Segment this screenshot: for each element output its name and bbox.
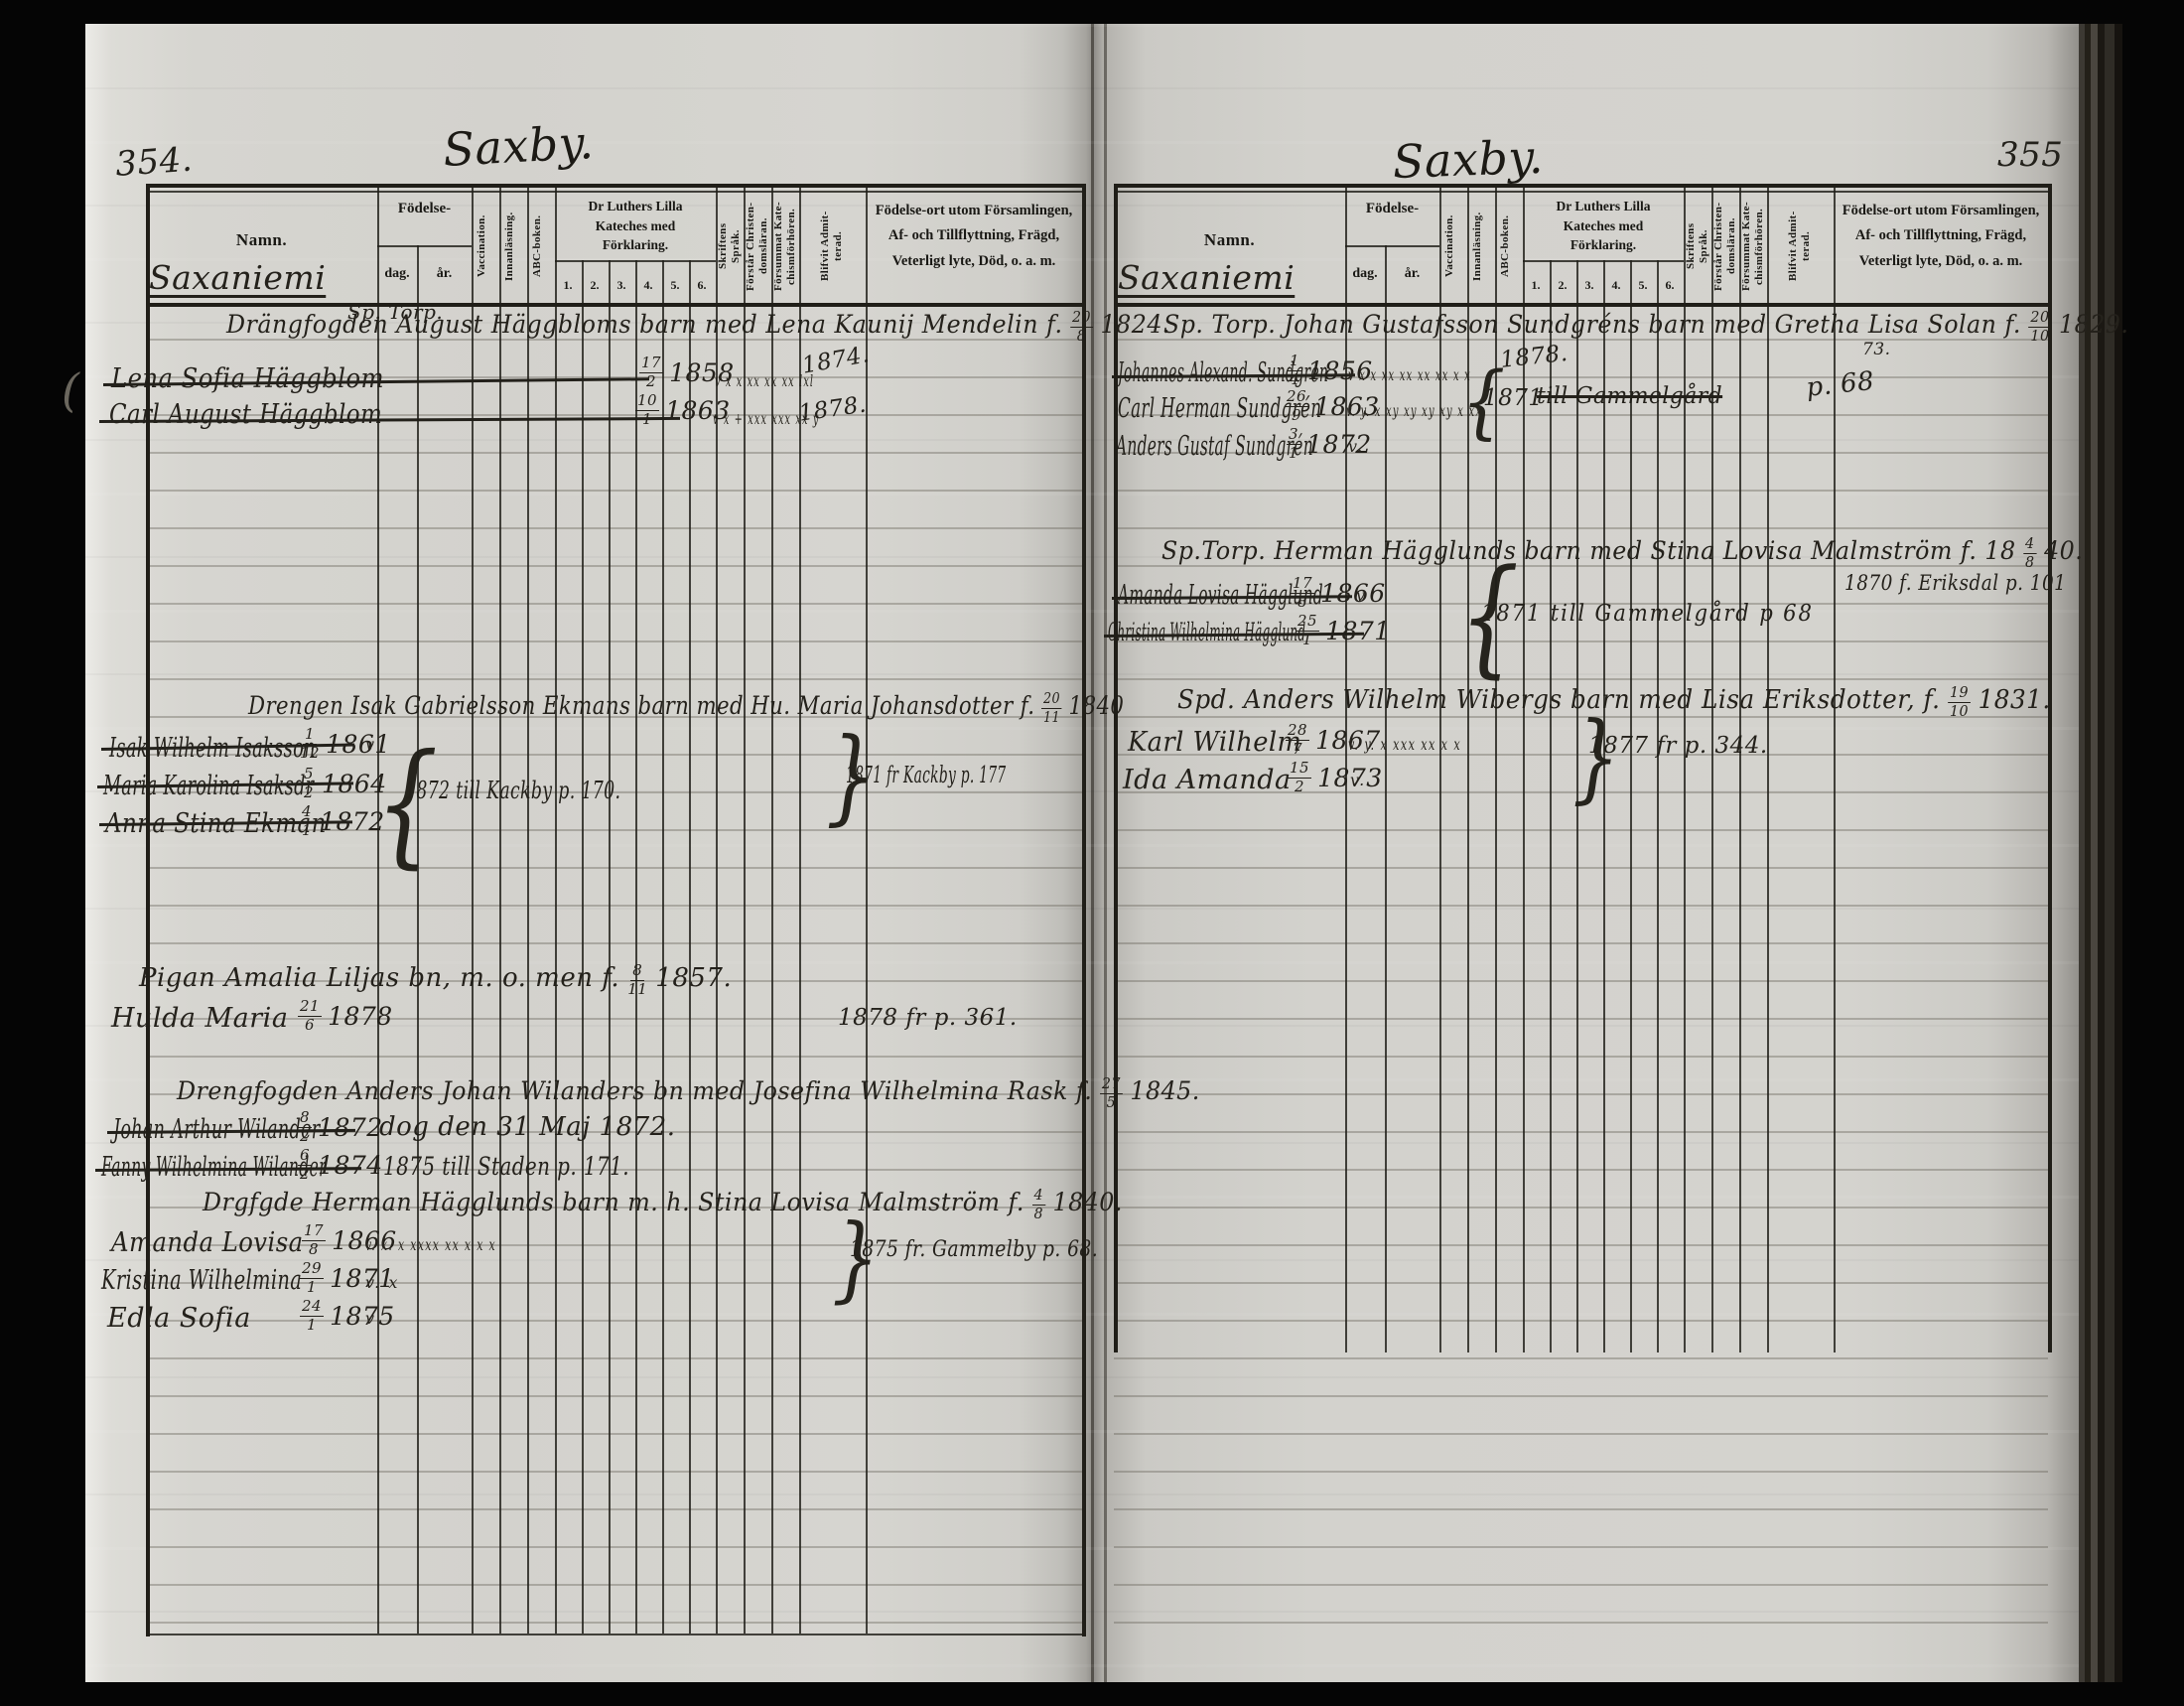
header-col-katekes: Dr Luthers Lilla Kateches med Förklaring… — [555, 197, 716, 255]
exam-marks: v. — [1348, 437, 1364, 456]
exam-marks: v — [1356, 586, 1367, 605]
row-divider — [1114, 184, 2048, 188]
migration-note: 1871 fr Kackby p. 177 — [846, 763, 1006, 788]
row-divider — [1523, 260, 1684, 262]
header-col-forsummat-katechismforhoren: Försummat Kate- chismförhören. — [1740, 191, 1766, 302]
header-col-forstar-christendomslaran: Förstår Christen- domsläran. — [745, 191, 770, 302]
row-divider — [146, 1634, 1082, 1635]
column-divider — [1657, 260, 1659, 1352]
entry-name: Edla Sofia — [107, 1303, 251, 1334]
column-divider — [744, 187, 746, 1634]
family-heading: Pigan Amalia Liljas bn, m. o. men f. 811… — [139, 963, 732, 998]
exam-marks: v x x xx xx xx xx x x — [1348, 365, 1471, 384]
birth-date: 82 1872 — [298, 1110, 383, 1145]
column-divider — [1345, 187, 1347, 1352]
column-divider — [689, 260, 691, 1634]
column-divider — [1523, 187, 1525, 1352]
header-col-ar: år. — [417, 266, 472, 282]
header-katekes-6: 6. — [693, 278, 711, 293]
margin-mark: ( — [62, 363, 79, 417]
header-col-blifvit-admitterad: Blifvit Admit- terad. — [1787, 191, 1813, 302]
page-title-left: Saxby. — [442, 115, 595, 177]
column-divider — [1550, 260, 1552, 1352]
header-col-fodelse: Födelse- — [377, 201, 472, 217]
column-divider — [1711, 187, 1713, 1352]
entry-name: Amanda Lovisa — [111, 1227, 304, 1258]
column-divider — [1684, 187, 1686, 1352]
exam-marks: v. y. x xxx xx x x — [1348, 735, 1461, 754]
header-col-katekes: Dr Luthers Lilla Kateches med Förklaring… — [1523, 197, 1684, 255]
column-divider — [1767, 187, 1769, 1352]
header-col-fodelseort: Födelse-ort utom Församlingen, Af- och T… — [866, 199, 1082, 274]
migration-note: 1875 till Staden p. 171. — [383, 1152, 629, 1181]
column-divider — [499, 187, 501, 1634]
entry-name: Carl August Häggblom — [109, 399, 382, 430]
migration-note: 1871 — [1483, 385, 1544, 411]
page-number-left: 354. — [114, 140, 194, 185]
header-col-fodelse: Födelse- — [1345, 201, 1439, 217]
migration-note: 1872 till Kackby p. 170. — [405, 777, 620, 804]
column-divider — [1576, 260, 1578, 1352]
column-divider — [1495, 187, 1497, 1352]
header-col-ar: år. — [1385, 266, 1439, 282]
book-fold-line — [1104, 24, 1107, 1682]
entry-name: Anders Gustaf Sundgrén — [1116, 431, 1313, 462]
header-katekes-2: 2. — [586, 278, 604, 293]
header-col-fodelseort: Födelse-ort utom Församlingen, Af- och T… — [1834, 199, 2048, 274]
header-col-forstar-christendomslaran: Förstår Christen- domsläran. — [1712, 191, 1738, 302]
birth-date: 241 1875 — [300, 1299, 395, 1334]
birth-date: 152 1873 — [1288, 761, 1383, 795]
exam-marks: v — [365, 1309, 376, 1328]
header-col-innanlasning: Innanläsning. — [503, 191, 516, 302]
birth-date: 178 1866 — [1291, 576, 1386, 611]
column-divider — [2048, 184, 2052, 1352]
scanned-book-spread: 354. Saxby. Namn. Födelse- dag. år. Vacc… — [0, 0, 2184, 1706]
family-heading: Drängfogden August Häggbloms barn med Le… — [226, 310, 1170, 345]
header-katekes-4: 4. — [639, 278, 657, 293]
column-divider — [799, 187, 801, 1634]
birth-date: 251 1871 — [1296, 614, 1391, 648]
exam-marks: v. — [1350, 771, 1366, 789]
row-divider — [377, 245, 472, 247]
book-fold-line — [1091, 24, 1094, 1682]
column-divider — [1467, 187, 1469, 1352]
row-divider — [1114, 303, 2048, 307]
column-divider — [866, 187, 868, 1634]
header-col-vaccination: Vaccination. — [1443, 191, 1456, 302]
column-divider — [1834, 187, 1836, 1352]
row-ruling-right — [1114, 303, 2048, 1653]
birth-date: 62 1874 — [298, 1148, 383, 1183]
reference-note: 73. — [1862, 340, 1891, 359]
page-number-right: 355 — [1997, 135, 2063, 175]
exam-marks: v. x — [365, 1273, 399, 1292]
column-divider — [417, 245, 419, 1634]
column-divider — [1082, 184, 1086, 1636]
header-col-dag: dag. — [377, 266, 417, 282]
header-katekes-1: 1. — [559, 278, 577, 293]
column-divider — [1385, 245, 1387, 1352]
entry-name: Karl Wilhelm — [1128, 727, 1301, 758]
header-col-namn: Namn. — [1114, 230, 1345, 250]
entry-name: Lena Sofia Häggblom — [111, 363, 384, 394]
column-divider — [555, 187, 557, 1634]
column-divider — [1739, 187, 1741, 1352]
column-divider — [582, 260, 584, 1634]
exam-marks: v. x. x xxxx xx x x x — [365, 1235, 496, 1254]
column-divider — [146, 184, 150, 1636]
migration-note: 1875 fr. Gammelby p. 68. — [850, 1237, 1098, 1262]
migration-note: 1871 till Gammelgård p 68 — [1481, 601, 1814, 627]
header-col-skriftens-sprak: Skriftens Språk. — [1685, 191, 1710, 302]
column-divider — [1603, 260, 1605, 1352]
column-divider — [1439, 187, 1441, 1352]
header-col-forsummat-katechismforhoren: Försummat Kate- chismförhören. — [772, 191, 798, 302]
row-divider — [555, 260, 716, 262]
header-col-abc-boken: ABC-boken. — [531, 191, 544, 302]
header-katekes-4: 4. — [1607, 278, 1625, 293]
entry-name: Kristina Wilhelmina — [101, 1265, 302, 1296]
book-page-edges — [2079, 24, 2122, 1682]
row-divider — [1114, 191, 2048, 193]
column-divider — [609, 260, 611, 1634]
row-divider — [146, 184, 1082, 188]
header-col-blifvit-admitterad: Blifvit Admit- terad. — [819, 191, 845, 302]
header-col-vaccination: Vaccination. — [476, 191, 488, 302]
row-divider — [146, 303, 1082, 307]
column-divider — [1114, 184, 1118, 1352]
village-label-right: Saxaniemi — [1118, 258, 1295, 297]
entry-name: Ida Amanda — [1123, 765, 1292, 795]
row-divider — [1345, 245, 1439, 247]
header-katekes-5: 5. — [1634, 278, 1652, 293]
column-divider — [1630, 260, 1632, 1352]
family-heading: Drengen Isak Gabrielsson Ekmans barn med… — [248, 691, 1124, 726]
column-divider — [377, 187, 379, 1634]
column-divider — [716, 187, 718, 1634]
header-col-abc-boken: ABC-boken. — [1499, 191, 1512, 302]
column-divider — [472, 187, 474, 1634]
row-divider — [146, 191, 1082, 193]
header-katekes-6: 6. — [1661, 278, 1679, 293]
header-col-dag: dag. — [1345, 266, 1385, 282]
header-katekes-1: 1. — [1527, 278, 1545, 293]
header-col-namn: Namn. — [146, 230, 377, 250]
column-divider — [635, 260, 637, 1634]
header-katekes-2: 2. — [1554, 278, 1571, 293]
header-katekes-3: 3. — [1580, 278, 1598, 293]
page-title-right: Saxby. — [1392, 130, 1545, 189]
header-katekes-5: 5. — [666, 278, 684, 293]
family-heading: Sp.Torp. Herman Hägglunds barn med Stina… — [1161, 536, 2083, 571]
family-heading: Sp. Torp. Johan Gustafsson Sundgréns bar… — [1163, 310, 2128, 345]
column-divider — [527, 187, 529, 1634]
entry-name: Hulda Maria — [111, 1003, 288, 1034]
migration-note: 1870 f. Eriksdal p. 101 — [1844, 571, 2066, 595]
header-col-innanlasning: Innanläsning. — [1471, 191, 1484, 302]
village-label-left: Saxaniemi — [149, 258, 326, 297]
exam-marks: v. y. x xy xy xy xy x xx — [1346, 401, 1482, 420]
column-divider — [662, 260, 664, 1634]
header-col-skriftens-sprak: Skriftens Språk. — [717, 191, 743, 302]
column-divider — [771, 187, 773, 1634]
header-katekes-3: 3. — [613, 278, 630, 293]
